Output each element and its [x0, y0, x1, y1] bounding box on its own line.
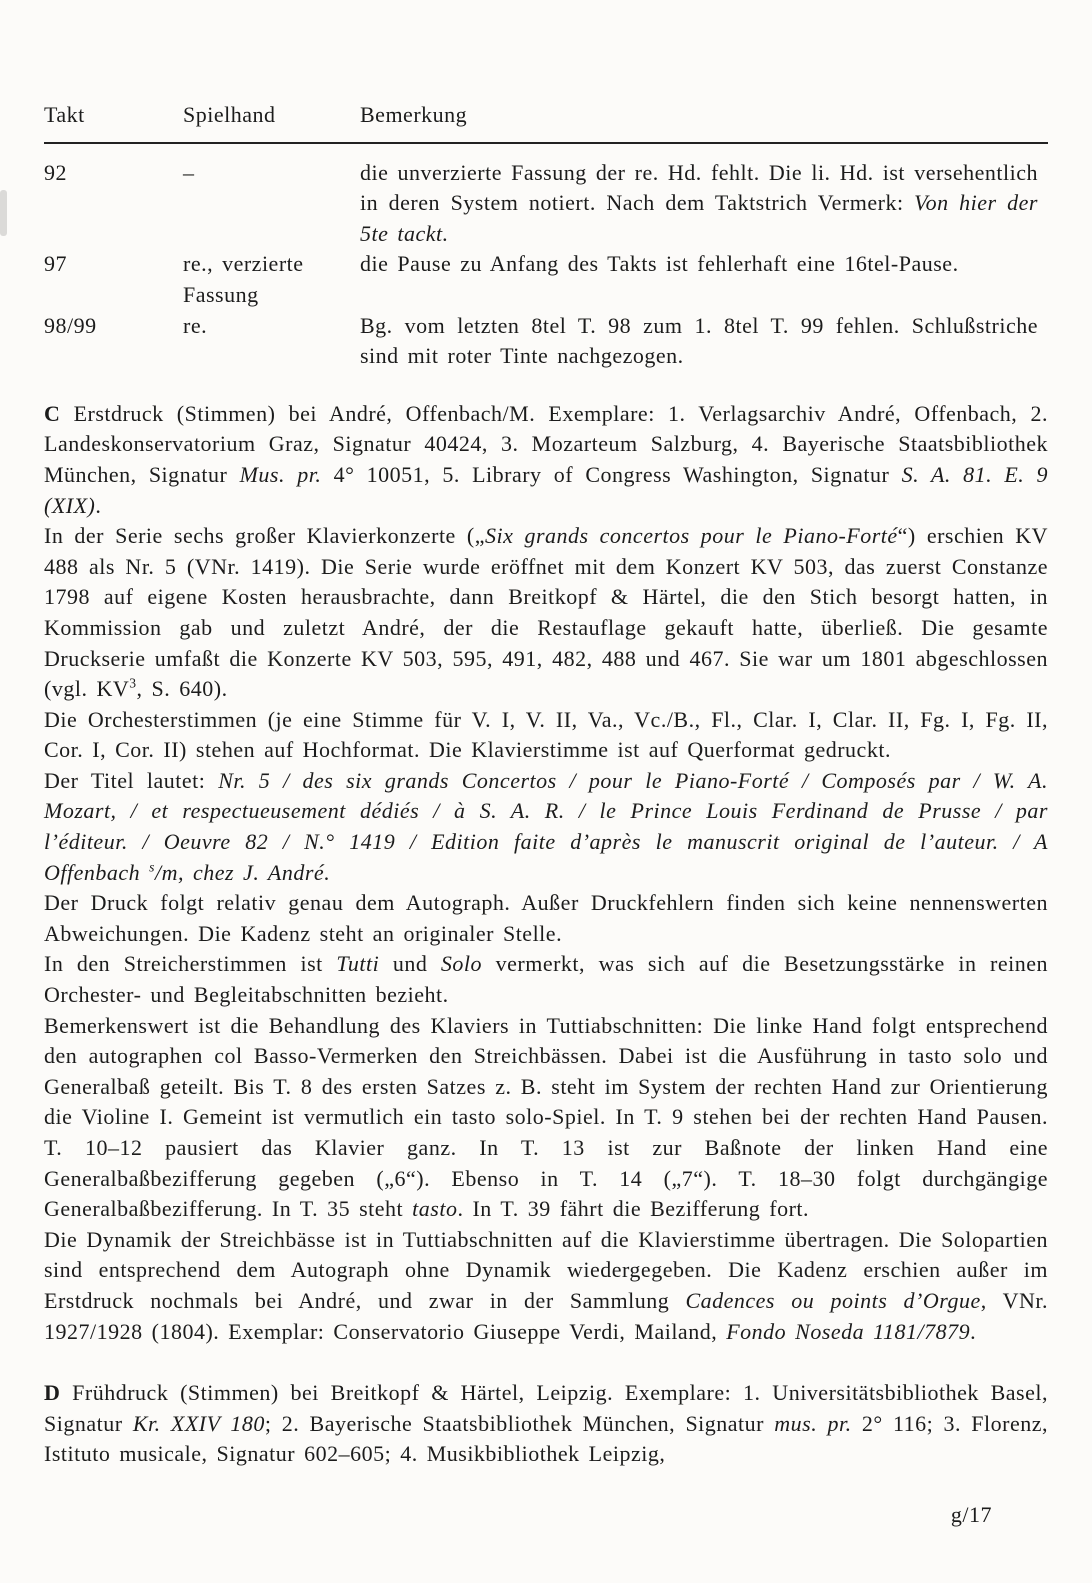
text-segment: Kr. XXIV 180: [133, 1411, 265, 1436]
text-segment: re.: [183, 313, 207, 338]
column-header-bemerkung: Bemerkung: [360, 100, 1048, 143]
table-row: 92–die unverzierte Fassung der re. Hd. f…: [44, 143, 1048, 250]
text-segment: Tutti: [336, 951, 379, 976]
body-paragraphs: C Erstdruck (Stimmen) bei André, Offenba…: [44, 399, 1048, 1470]
paragraph: In den Streicherstimmen ist Tutti und So…: [44, 949, 1048, 1010]
text-segment: ; 2. Bayerische Staatsbibliothek München…: [265, 1411, 774, 1436]
text-segment: Bemerkenswert ist die Behandlung des Kla…: [44, 1013, 1048, 1222]
paragraph: Der Druck folgt relativ genau dem Autogr…: [44, 888, 1048, 949]
paragraph: In der Serie sechs großer Klavierkonzert…: [44, 521, 1048, 705]
paragraph: C Erstdruck (Stimmen) bei André, Offenba…: [44, 399, 1048, 521]
cell-bemerkung: die unverzierte Fassung der re. Hd. fehl…: [360, 143, 1048, 250]
table-row: 97re., verzierte Fassungdie Pause zu Anf…: [44, 249, 1048, 310]
cell-takt: 98/99: [44, 311, 183, 372]
remarks-table: Takt Spielhand Bemerkung 92–die unverzie…: [44, 100, 1048, 372]
text-segment: .: [970, 1319, 976, 1344]
paragraph: Die Dynamik der Streichbässe ist in Tutt…: [44, 1225, 1048, 1347]
cell-spielhand: re.: [183, 311, 360, 372]
cell-spielhand: re., verzierte Fassung: [183, 249, 360, 310]
text-segment: Mus. pr.: [240, 462, 322, 487]
text-segment: –: [183, 160, 195, 185]
scan-artifact: [0, 190, 7, 236]
text-segment: .: [95, 493, 101, 518]
document-page: Takt Spielhand Bemerkung 92–die unverzie…: [0, 0, 1092, 1583]
column-header-takt: Takt: [44, 100, 183, 143]
paragraph: Die Orchesterstimmen (je eine Stimme für…: [44, 705, 1048, 766]
text-segment: mus. pr.: [774, 1411, 851, 1436]
text-segment: D: [44, 1380, 60, 1405]
text-segment: Fondo Noseda 1181/7879: [726, 1319, 970, 1344]
text-segment: Solo: [441, 951, 482, 976]
paragraph: Der Titel lautet: Nr. 5 / des six grands…: [44, 766, 1048, 888]
text-segment: Six grands concertos pour le Piano-Forté: [485, 523, 898, 548]
cell-spielhand: –: [183, 143, 360, 250]
text-segment: und: [379, 951, 441, 976]
text-segment: Der Titel lautet:: [44, 768, 218, 793]
text-segment: 4° 10051, 5. Library of Congress Washing…: [321, 462, 901, 487]
remarks-table-header: Takt Spielhand Bemerkung: [44, 100, 1048, 143]
text-segment: die Pause zu Anfang des Takts ist fehler…: [360, 251, 959, 276]
text-segment: In den Streicherstimmen ist: [44, 951, 336, 976]
text-segment: C: [44, 401, 60, 426]
paragraph: Bemerkenswert ist die Behandlung des Kla…: [44, 1011, 1048, 1225]
text-segment: In der Serie sechs großer Klavierkonzert…: [44, 523, 485, 548]
paragraph: D Frühdruck (Stimmen) bei Breitkopf & Hä…: [44, 1378, 1048, 1470]
text-segment: Bg. vom letzten 8tel T. 98 zum 1. 8tel T…: [360, 313, 1038, 369]
text-segment: Die Orchesterstimmen (je eine Stimme für…: [44, 707, 1048, 763]
text-segment: re., verzierte Fassung: [183, 251, 304, 307]
text-segment: “) erschien KV 488 als Nr. 5 (VNr. 1419)…: [44, 523, 1048, 701]
table-row: 98/99re.Bg. vom letzten 8tel T. 98 zum 1…: [44, 311, 1048, 372]
text-segment: 3: [129, 676, 136, 691]
remarks-table-body: 92–die unverzierte Fassung der re. Hd. f…: [44, 143, 1048, 372]
table-header-row: Takt Spielhand Bemerkung: [44, 100, 1048, 143]
page-number: g/17: [44, 1500, 1048, 1531]
cell-bemerkung: Bg. vom letzten 8tel T. 98 zum 1. 8tel T…: [360, 311, 1048, 372]
text-segment: /m, chez J. André.: [155, 860, 330, 885]
text-segment: , S. 640).: [137, 676, 228, 701]
text-segment: Cadences ou points d’Orgue: [685, 1288, 980, 1313]
cell-takt: 97: [44, 249, 183, 310]
cell-bemerkung: die Pause zu Anfang des Takts ist fehler…: [360, 249, 1048, 310]
text-segment: tasto: [412, 1196, 457, 1221]
text-segment: . In T. 39 fährt die Bezifferung fort.: [457, 1196, 809, 1221]
column-header-spielhand: Spielhand: [183, 100, 360, 143]
text-segment: Der Druck folgt relativ genau dem Autogr…: [44, 890, 1048, 946]
cell-takt: 92: [44, 143, 183, 250]
